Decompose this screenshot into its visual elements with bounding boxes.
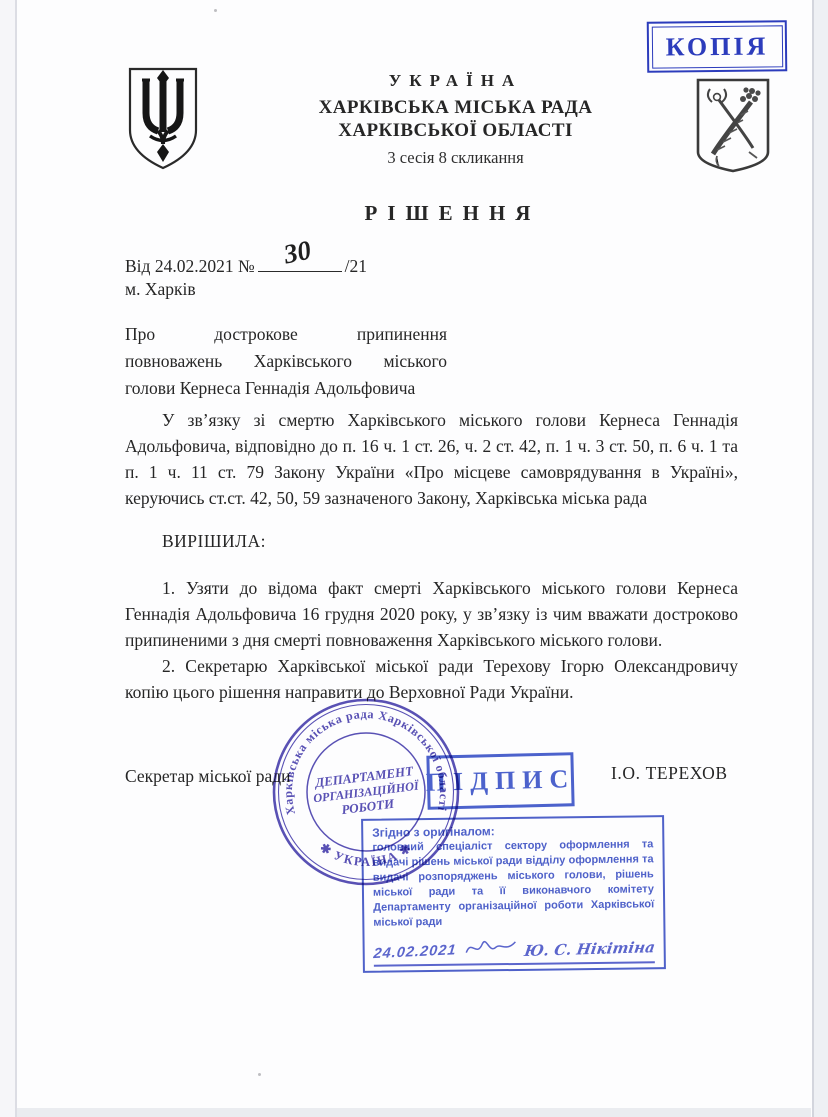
council-region: ХАРКІВСЬКОЇ ОБЛАСТІ (228, 120, 683, 142)
signer-name: І.О. ТЕРЕХОВ (611, 763, 728, 784)
svg-text:✱ УКРАЇНА ✱: ✱ УКРАЇНА ✱ (317, 840, 415, 869)
country-name: УКРАЇНА (228, 71, 683, 91)
date-prefix: Від 24.02.2021 № (125, 256, 255, 276)
scan-edge-left (0, 0, 17, 1117)
handwritten-number: 30 (281, 235, 314, 271)
signer-role: Секретар міської ради (125, 766, 291, 787)
number-blank-line: 30 (258, 250, 342, 272)
signature-placeholder-stamp: ПІДПИС (426, 752, 574, 810)
copy-stamp-label: КОПІЯ (651, 25, 782, 68)
date-number-line: Від 24.02.2021 №30/21 (125, 250, 367, 277)
scan-speck (214, 9, 217, 12)
council-name: ХАРКІВСЬКА МІСЬКА РАДА (228, 97, 683, 119)
session-line: 3 сесія 8 скликання (228, 148, 683, 168)
subject-line: голови Кернеса Геннадія Адольфовича (125, 375, 447, 402)
handwritten-signature-icon (463, 935, 518, 960)
kharkiv-coat-of-arms (691, 76, 775, 176)
city-line: м. Харків (125, 279, 196, 300)
subject-block: Про дострокове припинення повноважень Ха… (125, 321, 447, 402)
round-stamp-bottom-text: ✱ УКРАЇНА ✱ (317, 840, 415, 869)
trident-icon (121, 64, 205, 176)
document-page: КОПІЯ УКРАЇНА ХА (0, 0, 828, 1117)
scan-speck (258, 1073, 261, 1076)
ukraine-trident-emblem (121, 64, 205, 176)
number-suffix: /21 (345, 256, 367, 276)
kharkiv-arms-icon (691, 76, 775, 176)
subject-line: повноважень Харківського міського (125, 348, 447, 375)
preamble-paragraph: У зв’язку зі смертю Харківського міськог… (125, 407, 738, 511)
document-title: РІШЕННЯ (140, 201, 765, 226)
copy-stamp: КОПІЯ (647, 20, 788, 72)
decision-item-1: 1. Узяти до відома факт смерті Харківськ… (125, 575, 738, 653)
handwritten-name: Ю. С. Нікітіна (523, 938, 656, 960)
decided-label: ВИРІШИЛА: (162, 531, 266, 552)
certification-handwriting: 24.02.2021 Ю. С. Нікітіна (373, 930, 654, 966)
scan-edge-right (812, 0, 828, 1117)
subject-line: Про дострокове припинення (125, 321, 447, 348)
handwritten-date: 24.02.2021 (373, 942, 457, 962)
scan-edge-bottom (17, 1108, 811, 1117)
